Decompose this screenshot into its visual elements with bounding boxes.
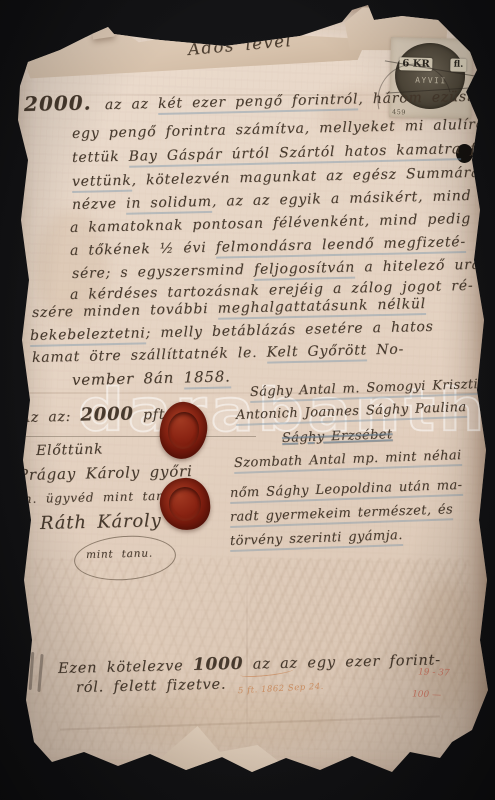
footnote-amount: 1000 [193, 654, 244, 675]
underlined-segment: bekebeleztetni [30, 325, 146, 347]
photo-of-document: darabanth Adós levél 6 KR fl. AYVII 459 … [0, 0, 495, 800]
seal-emboss [167, 411, 201, 450]
witness-signature: Ráth Károly [40, 510, 162, 534]
text-segment: Ezen kötelezve [58, 658, 193, 677]
underlined-segment: Kelt Győrött [266, 342, 367, 363]
underlined-segment: in solidum [126, 194, 212, 215]
document-paper: darabanth Adós levél 6 KR fl. AYVII 459 … [0, 0, 495, 800]
stamp-currency-label: fl. [450, 59, 466, 72]
text-segment: fel- [461, 140, 495, 157]
separator-rule [18, 436, 256, 437]
text-segment: az az [96, 96, 159, 113]
text-segment: No- [367, 342, 404, 359]
text-segment: a hitelező urat [355, 257, 487, 276]
witness-line: mint tanu. [86, 547, 153, 561]
footnote-line: ról. felett fizetve. [76, 677, 227, 696]
underlined-segment: vettünk [72, 173, 132, 193]
sum-label: Az az: [20, 409, 72, 426]
underlined-segment: feljogosítván [254, 260, 355, 281]
text-segment: nézve [72, 196, 126, 213]
dealer-annotation-red: 100 — [412, 689, 441, 700]
text-segment: , három ezüst — húszast [358, 87, 495, 108]
text-segment: vember 8án [72, 368, 184, 389]
seal-emboss [168, 486, 203, 522]
witness-heading: Előttünk [36, 441, 104, 459]
dealer-annotation-red: 19 - 37 [418, 667, 450, 678]
underlined-segment: 1858. [183, 367, 230, 389]
ink-blotch [468, 90, 477, 99]
amount-figure: 2000. [24, 90, 92, 116]
handwritten-line: vember 8án 1858. [72, 367, 231, 389]
ink-bleed-through [40, 708, 460, 750]
text-segment: tettük [72, 149, 129, 166]
text-segment: a tőkének ½ évi [70, 240, 216, 259]
sum-amount: 2000 [80, 403, 134, 425]
